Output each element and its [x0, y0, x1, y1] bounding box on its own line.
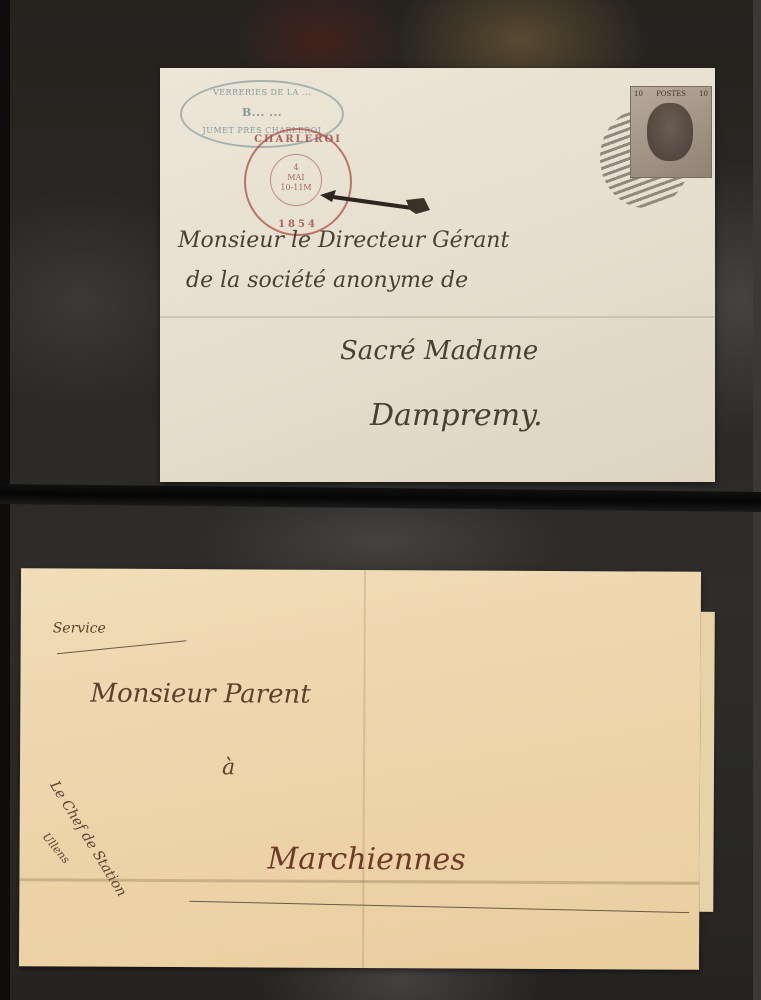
address-line-3: Sacré Madame: [340, 336, 538, 366]
datestamp-month: MAI: [271, 173, 321, 183]
cover-marchiennes: Service Monsieur Parent à Marchiennes Le…: [19, 568, 701, 970]
stamp-value-right: 10: [699, 90, 708, 98]
address-line-2: à: [222, 755, 235, 780]
signature: Ullens: [40, 830, 73, 866]
address-line-1: Monsieur Parent: [90, 679, 310, 710]
cover-flap: [699, 612, 715, 912]
address-line-2: de la société anonyme de: [186, 268, 468, 293]
datestamp-day: 4: [271, 163, 321, 173]
stamp-label: POSTES: [656, 90, 686, 98]
postage-stamp: 10 POSTES 10: [630, 86, 712, 178]
charleroi-datestamp: CHARLEROI 4 MAI 10-11M 1854: [244, 128, 352, 236]
service-annotation: Service: [53, 620, 106, 636]
datestamp-inner-ring: 4 MAI 10-11M: [270, 154, 322, 206]
fold-line: [160, 316, 715, 318]
vertical-fold: [362, 570, 366, 968]
handstamp-line1: VERRERIES DE LA ...: [182, 88, 342, 97]
address-line-3: Marchiennes: [267, 842, 465, 878]
handstamp-line2: B... ...: [182, 106, 342, 119]
address-line-4: Dampremy.: [370, 398, 543, 433]
cover-dampremy: VERRERIES DE LA ... B... ... JUMET PRÈS …: [160, 68, 715, 482]
address-line-1: Monsieur le Directeur Gérant: [178, 228, 509, 253]
stamp-value-left: 10: [634, 90, 643, 98]
datestamp-town: CHARLEROI: [246, 134, 350, 145]
address-underline: [189, 901, 689, 913]
service-underline: [57, 640, 186, 654]
datestamp-time: 10-11M: [271, 183, 321, 193]
stamp-portrait-icon: [647, 103, 693, 161]
arrow-pointer-icon: [320, 188, 430, 218]
